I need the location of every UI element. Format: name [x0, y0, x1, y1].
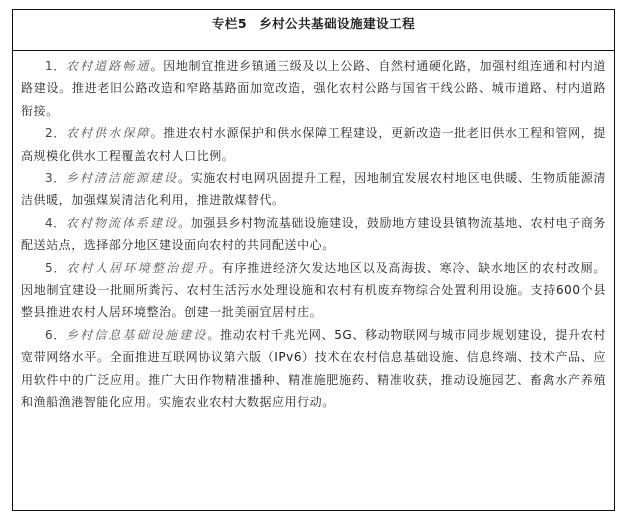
list-item-information: 6．乡村信息基础设施建设。推动农村千兆光网、5G、移动物联网与城市同步规划建设，… [21, 324, 606, 414]
feature-box-header: 专栏5乡村公共基础设施建设工程 [13, 10, 614, 51]
feature-box-title: 专栏5乡村公共基础设施建设工程 [212, 16, 415, 31]
item-heading: 乡村清洁能源建设 [66, 171, 178, 185]
item-separator: 。 [178, 216, 191, 230]
item-index: 6． [45, 328, 66, 342]
list-item-environment: 5．农村人居环境整治提升。有序推进经济欠发达地区以及高海拔、寒冷、缺水地区的农村… [21, 257, 606, 324]
item-index: 3． [45, 171, 66, 185]
item-heading: 农村人居环境整治提升 [66, 261, 209, 275]
list-item-logistics: 4．农村物流体系建设。加强县乡村物流基础设施建设，鼓励地方建设县镇物流基地、农村… [21, 212, 606, 257]
item-separator: 。 [209, 261, 222, 275]
column-number: 专栏5 [212, 16, 247, 31]
item-separator: 。 [151, 59, 164, 73]
item-index: 1． [45, 59, 66, 73]
item-heading: 乡村信息基础设施建设 [66, 328, 207, 342]
item-index: 2． [45, 126, 66, 140]
item-heading: 农村道路畅通 [66, 59, 151, 73]
column-title: 乡村公共基础设施建设工程 [259, 16, 415, 31]
list-item-road: 1．农村道路畅通。因地制宜推进乡镇通三级及以上公路、自然村通硬化路，加强村组连通… [21, 55, 606, 122]
list-item-energy: 3．乡村清洁能源建设。实施农村电网巩固提升工程，因地制宜发展农村地区电供暖、生物… [21, 167, 606, 212]
item-heading: 农村物流体系建设 [66, 216, 178, 230]
feature-box-body: 1．农村道路畅通。因地制宜推进乡镇通三级及以上公路、自然村通硬化路，加强村组连通… [13, 51, 614, 414]
item-index: 4． [45, 216, 66, 230]
item-separator: 。 [178, 171, 191, 185]
item-heading: 农村供水保障 [66, 126, 151, 140]
item-separator: 。 [151, 126, 164, 140]
item-index: 5． [45, 261, 66, 275]
item-separator: 。 [207, 328, 220, 342]
list-item-water: 2．农村供水保障。推进农村水源保护和供水保障工程建设，更新改造一批老旧供水工程和… [21, 122, 606, 167]
feature-box: 专栏5乡村公共基础设施建设工程 1．农村道路畅通。因地制宜推进乡镇通三级及以上公… [12, 9, 615, 511]
